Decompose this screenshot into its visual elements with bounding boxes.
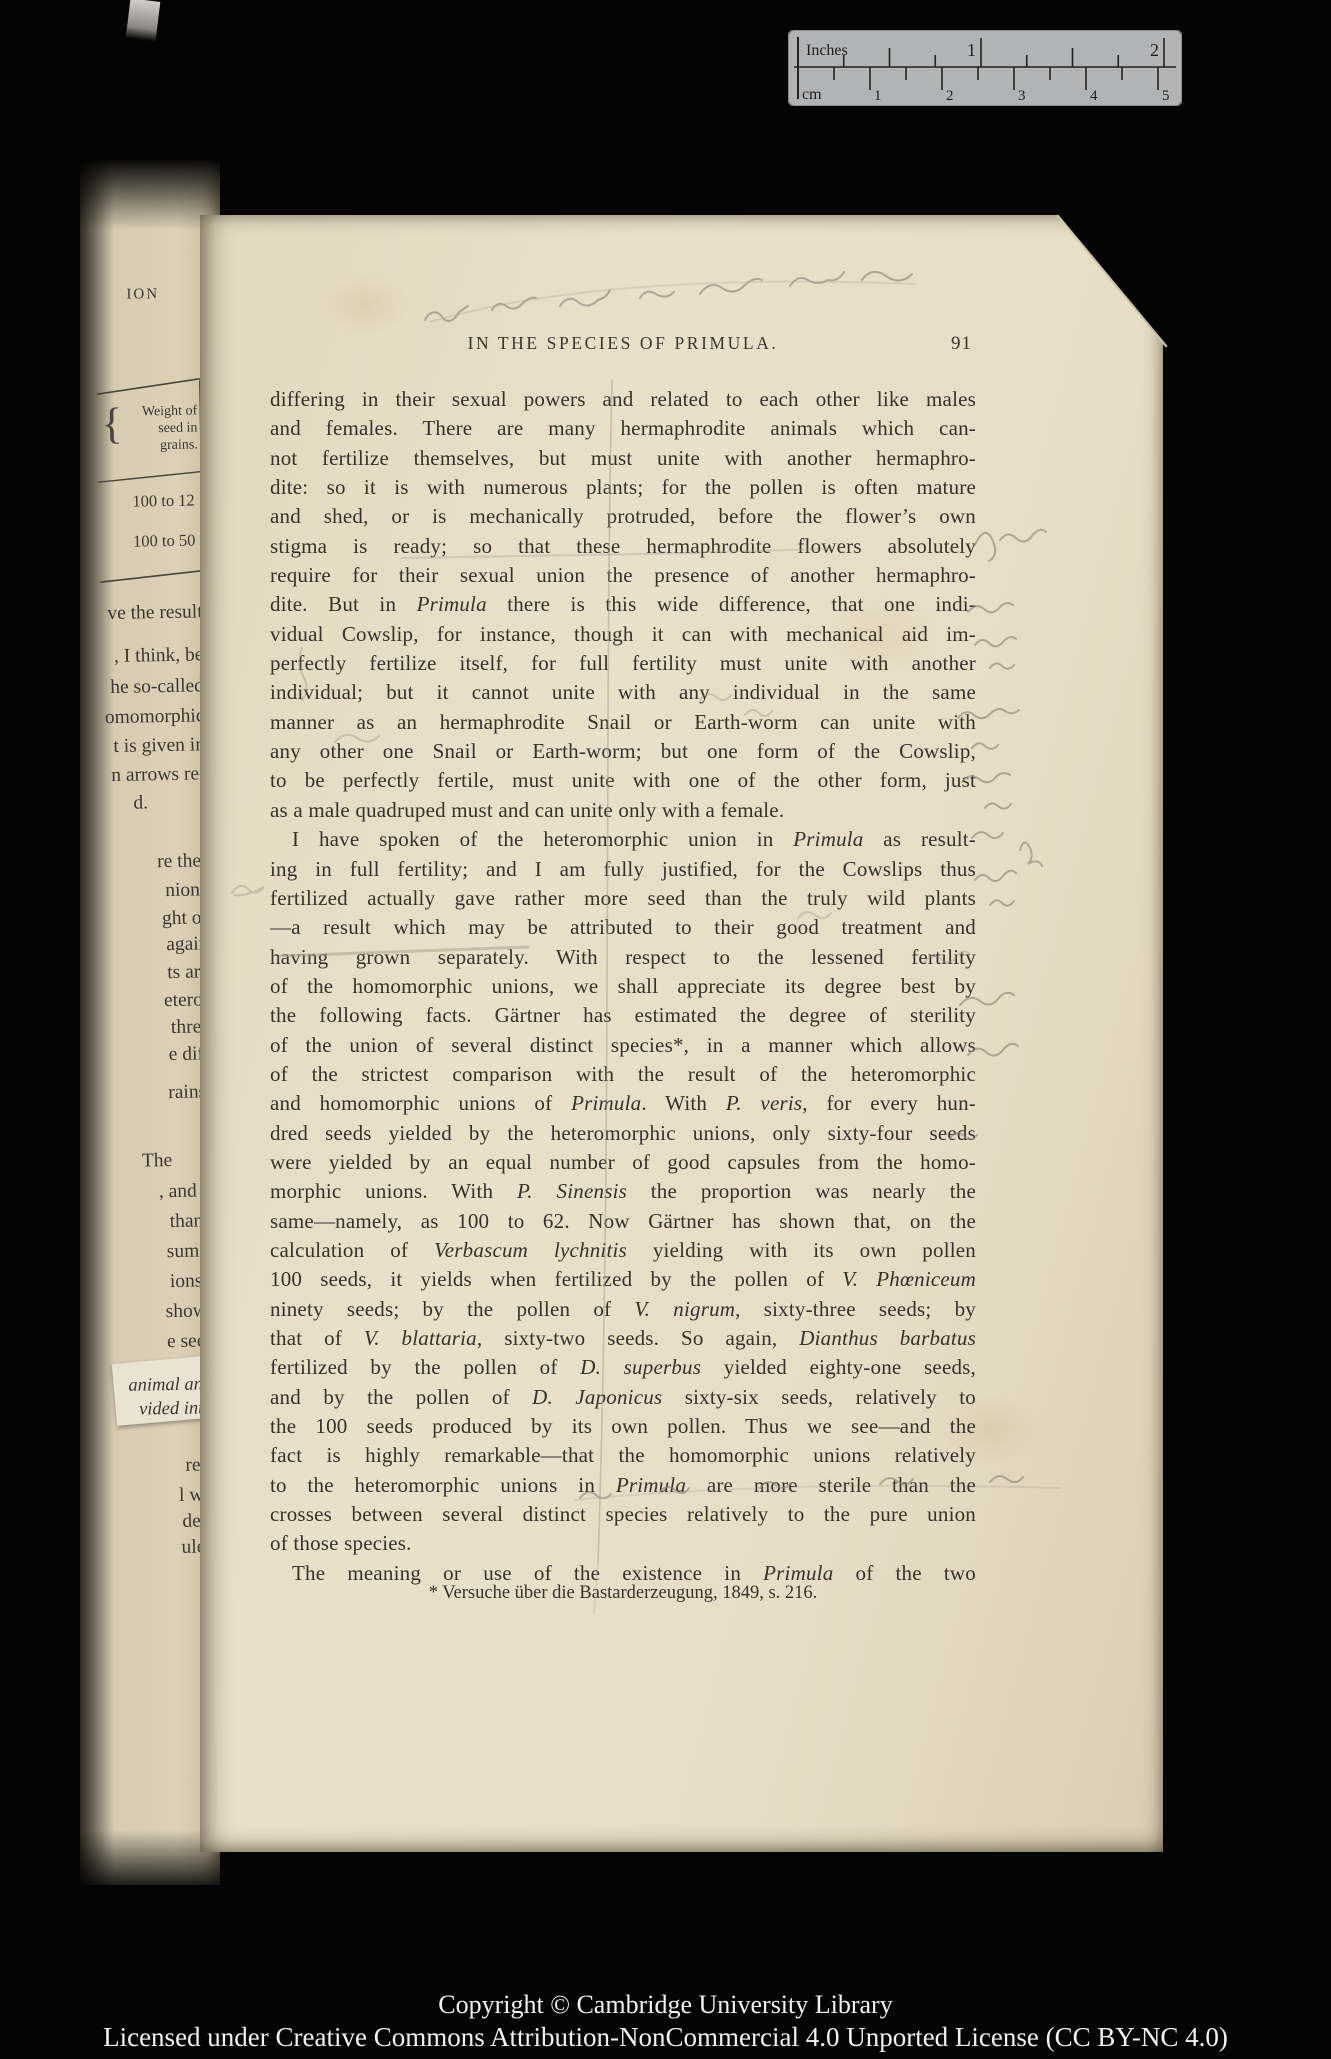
text-line: differing in their sexual powers and rel… xyxy=(270,385,976,414)
running-header: IN THE SPECIES OF PRIMULA. 91 xyxy=(270,333,976,363)
ruler-cm-3: 3 xyxy=(1018,88,1026,104)
text-line: calculation of Verbascum lychnitis yield… xyxy=(270,1236,976,1265)
text-line: ing in full fertility; and I am fully ju… xyxy=(270,855,976,884)
text-line: crosses between several distinct species… xyxy=(270,1500,976,1529)
text-line: of the homomorphic unions, we shall appr… xyxy=(270,972,976,1001)
text-line: the 100 seeds produced by its own pollen… xyxy=(270,1412,976,1441)
text-line: of those species. xyxy=(270,1529,976,1558)
text-line: and shed, or is mechanically protruded, … xyxy=(270,502,976,531)
text-line: fact is highly remarkable—that the homom… xyxy=(270,1441,976,1470)
text-line: of the strictest comparison with the res… xyxy=(270,1060,976,1089)
fragment-line: , I think, be xyxy=(114,645,204,666)
ruler-cm-label: cm xyxy=(802,86,822,103)
text-line: same—namely, as 100 to 62. Now Gärtner h… xyxy=(270,1207,976,1236)
fragment-running-header: ION xyxy=(126,287,159,303)
text-line: morphic unions. With P. Sinensis the pro… xyxy=(270,1177,976,1206)
text-line: to be perfectly fertile, must unite with… xyxy=(270,766,976,795)
table-row: 100 to 50 xyxy=(133,531,196,552)
text-line: ninety seeds; by the pollen of V. nigrum… xyxy=(270,1295,976,1324)
fragment-line: The xyxy=(142,1151,173,1171)
text-line: 100 seeds, it yields when fertilized by … xyxy=(270,1265,976,1294)
fragment-line: , and xyxy=(159,1182,197,1202)
text-line: dred seeds yielded by the heteromorphic … xyxy=(270,1119,976,1148)
table-header-line: Weight of xyxy=(142,402,198,420)
fragment-line: n arrows re- xyxy=(111,764,206,785)
text-line: —a result which may be attributed to the… xyxy=(270,913,976,942)
text-line: and females. There are many hermaphrodit… xyxy=(270,414,976,443)
table-header: Weight of seed in grains. xyxy=(142,402,198,454)
text-line: fertilized actually gave rather more see… xyxy=(270,884,976,913)
ruler-cm-2: 2 xyxy=(946,88,954,104)
book-scan: Inches cm 1 2 1 2 3 4 5 ION { Weight of xyxy=(0,0,1331,2059)
fragment-line: re the xyxy=(157,851,201,871)
fragment-line: ions xyxy=(170,1272,203,1292)
text-line: fertilized by the pollen of D. superbus … xyxy=(270,1353,976,1382)
text-line: require for their sexual union the prese… xyxy=(270,561,976,590)
ruler-cm-5: 5 xyxy=(1162,88,1170,104)
text-line: dite. But in Primula there is this wide … xyxy=(270,590,976,619)
ruler-graphic: Inches cm 1 2 1 2 3 4 5 xyxy=(788,30,1182,106)
footnote: * Versuche über die Bastarderzeugung, 18… xyxy=(270,1583,976,1604)
text-line: perfectly fertilize itself, for full fer… xyxy=(270,649,976,678)
text-line: to the heteromorphic unions in Primula a… xyxy=(270,1471,976,1500)
fragment-line: ve the result xyxy=(107,602,203,623)
fragment-line: d. xyxy=(133,793,148,813)
text-line: vidual Cowslip, for instance, though it … xyxy=(270,620,976,649)
text-line: were yielded by an equal number of good … xyxy=(270,1148,976,1177)
fragment-line: t is given in xyxy=(113,735,205,756)
ruler-cm-1: 1 xyxy=(874,88,882,104)
text-line: having grown separately. With respect to… xyxy=(270,943,976,972)
text-line: not fertilize themselves, but must unite… xyxy=(270,444,976,473)
text-line: and homomorphic unions of Primula. With … xyxy=(270,1089,976,1118)
table-header-line: grains. xyxy=(142,436,198,454)
text-line: as a male quadruped must and can unite o… xyxy=(270,796,976,825)
text-line: that of V. blattaria, sixty-two seeds. S… xyxy=(270,1324,976,1353)
table-row: 100 to 12 xyxy=(132,491,195,512)
text-line: of the union of several distinct species… xyxy=(270,1031,976,1060)
fragment-line: he so-called xyxy=(110,676,204,697)
ruler-inch-1: 1 xyxy=(967,40,976,60)
text-line: the following facts. Gärtner has estimat… xyxy=(270,1001,976,1030)
body-text: differing in their sexual powers and rel… xyxy=(270,385,976,1588)
ruler-cm-4: 4 xyxy=(1090,88,1098,104)
license-line: Licensed under Creative Commons Attribut… xyxy=(0,2022,1331,2053)
ruler-inches-label: Inches xyxy=(806,42,848,59)
text-line: and by the pollen of D. Japonicus sixty-… xyxy=(270,1383,976,1412)
fragment-table: { Weight of seed in grains. 100 to 12 10… xyxy=(97,372,207,586)
text-line: individual; but it cannot unite with any… xyxy=(270,678,976,707)
fragment-line: omomorphic xyxy=(105,706,205,727)
measurement-ruler: Inches cm 1 2 1 2 3 4 5 xyxy=(788,30,1182,106)
paper-stain xyxy=(320,275,410,335)
book-page: IN THE SPECIES OF PRIMULA. 91 differing … xyxy=(200,215,1163,1852)
text-line: I have spoken of the heteromorphic union… xyxy=(270,825,976,854)
ruler-inch-2: 2 xyxy=(1150,40,1159,60)
text-line: dite: so it is with numerous plants; for… xyxy=(270,473,976,502)
fragment-line: than xyxy=(170,1211,204,1231)
text-line: any other one Snail or Earth-worm; but o… xyxy=(270,737,976,766)
running-header-title: IN THE SPECIES OF PRIMULA. xyxy=(270,333,976,354)
text-line: manner as an hermaphrodite Snail or Eart… xyxy=(270,708,976,737)
copyright-line: Copyright © Cambridge University Library xyxy=(0,1990,1331,2020)
text-line: stigma is ready; so that these hermaphro… xyxy=(270,532,976,561)
table-header-line: seed in xyxy=(142,419,198,437)
page-number: 91 xyxy=(951,333,972,355)
table-brace: { xyxy=(101,398,123,449)
